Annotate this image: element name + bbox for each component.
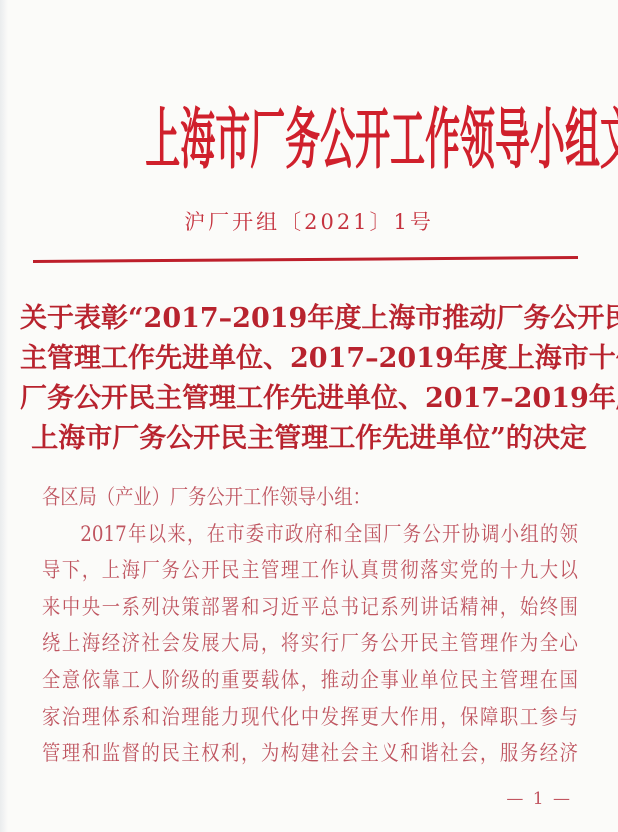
- decision-title-line-2: 主管理工作先进单位、2017–2019年度上海市十佳: [20, 339, 598, 379]
- red-divider-rule: [33, 256, 578, 263]
- body-paragraph: 各区局（产业）厂务公开工作领导小组： 2017年以来，在市委市政府和全国厂务公开…: [42, 479, 578, 772]
- body-line: 绕上海经济社会发展大局，将实行厂务公开民主管理作为全心: [42, 625, 578, 662]
- body-line: 来中央一系列决策部署和习近平总书记系列讲话精神，始终围: [42, 589, 578, 626]
- document-number: 沪厂开组〔2021〕1号: [0, 209, 618, 235]
- decision-title-line-1: 关于表彰“2017–2019年度上海市推动厂务公开民: [20, 299, 598, 339]
- body-line: 2017年以来，在市委市政府和全国厂务公开协调小组的领: [42, 516, 578, 553]
- body-line: 管理和监督的民主权利，为构建社会主义和谐社会，服务经济: [42, 735, 578, 772]
- document-page: 上海市厂务公开工作领导小组文件 沪厂开组〔2021〕1号 关于表彰“2017–2…: [0, 0, 618, 832]
- decision-title-line-3: 厂务公开民主管理工作先进单位、2017–2019年度: [20, 379, 598, 419]
- decision-title: 关于表彰“2017–2019年度上海市推动厂务公开民 主管理工作先进单位、201…: [20, 299, 598, 459]
- body-line: 全意依靠工人阶级的重要载体，推动企事业单位民主管理在国: [42, 662, 578, 699]
- decision-title-line-4: 上海市厂务公开民主管理工作先进单位”的决定: [20, 419, 598, 459]
- page-number: — 1 —: [506, 788, 572, 810]
- body-line: 家治理体系和治理能力现代化中发挥更大作用，保障职工参与: [42, 699, 578, 736]
- body-line: 导下，上海厂务公开民主管理工作认真贯彻落实党的十九大以: [42, 552, 578, 589]
- document-masthead-title: 上海市厂务公开工作领导小组文件: [145, 104, 473, 174]
- salutation-line: 各区局（产业）厂务公开工作领导小组：: [42, 479, 578, 516]
- scan-edge-shadow: [0, 0, 8, 832]
